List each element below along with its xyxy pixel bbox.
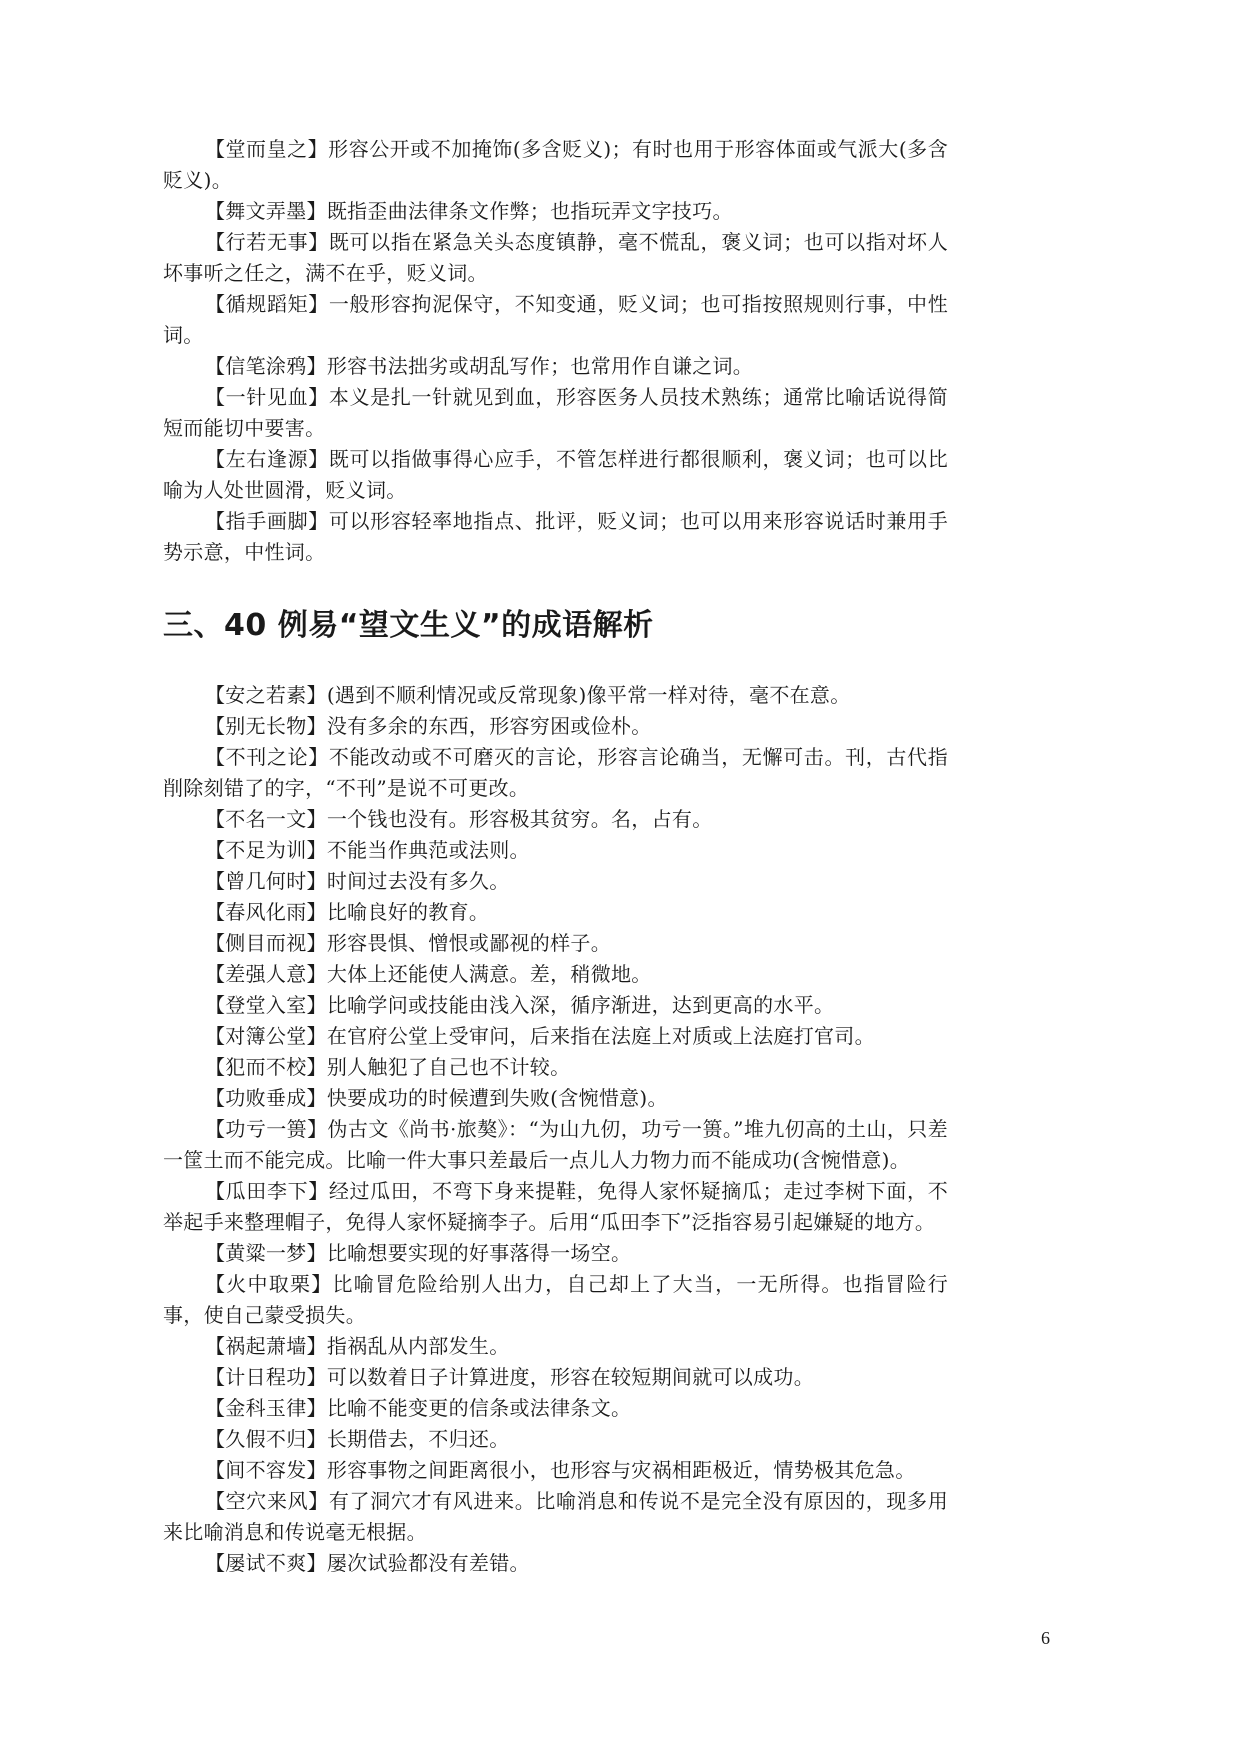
idiom-entry: 【久假不归】长期借去，不归还。 xyxy=(163,1424,948,1455)
idiom-entry: 【一针见血】本义是扎一针就见到血，形容医务人员技术熟练；通常比喻话说得简短而能切… xyxy=(163,382,948,444)
idiom-term: 【左右逢源】 xyxy=(205,447,329,471)
idiom-term: 【犯而不校】 xyxy=(205,1055,327,1079)
idiom-definition: 屡次试验都没有差错。 xyxy=(327,1551,530,1575)
idiom-term: 【黄粱一梦】 xyxy=(205,1241,327,1265)
idiom-term: 【不足为训】 xyxy=(205,838,327,862)
idiom-entry: 【火中取栗】比喻冒危险给别人出力，自己却上了大当，一无所得。也指冒险行事，使自己… xyxy=(163,1269,948,1331)
idiom-term: 【一针见血】 xyxy=(205,385,329,409)
idiom-definition: 形容畏惧、憎恨或鄙视的样子。 xyxy=(327,931,611,955)
idiom-definition: 既指歪曲法律条文作弊；也指玩弄文字技巧。 xyxy=(327,199,733,223)
idiom-definition: 形容书法拙劣或胡乱写作；也常用作自谦之词。 xyxy=(327,354,753,378)
idiom-definition: 比喻想要实现的好事落得一场空。 xyxy=(327,1241,632,1265)
idiom-definition: (遇到不顺利情况或反常现象)像平常一样对待，毫不在意。 xyxy=(327,683,851,707)
idiom-term: 【侧目而视】 xyxy=(205,931,327,955)
idiom-term: 【瓜田李下】 xyxy=(205,1179,329,1203)
idiom-entry: 【曾几何时】时间过去没有多久。 xyxy=(163,866,948,897)
idiom-definition: 不能当作典范或法则。 xyxy=(327,838,530,862)
idiom-term: 【舞文弄墨】 xyxy=(205,199,327,223)
idiom-term: 【功亏一篑】 xyxy=(205,1117,328,1141)
section-three-heading: 三、40 例易“望文生义”的成语解析 xyxy=(163,606,948,646)
idiom-term: 【堂而皇之】 xyxy=(205,137,328,161)
idiom-term: 【安之若素】 xyxy=(205,683,327,707)
idiom-term: 【间不容发】 xyxy=(205,1458,327,1482)
idiom-definition: 大体上还能使人满意。差，稍微地。 xyxy=(327,962,652,986)
idiom-entry: 【金科玉律】比喻不能变更的信条或法律条文。 xyxy=(163,1393,948,1424)
idiom-entry: 【功亏一篑】伪古文《尚书·旅獒》：“为山九仞，功亏一篑。”堆九仞高的土山，只差一… xyxy=(163,1114,948,1176)
section-three-entries: 【安之若素】(遇到不顺利情况或反常现象)像平常一样对待，毫不在意。【别无长物】没… xyxy=(163,680,948,1579)
idiom-entry: 【不足为训】不能当作典范或法则。 xyxy=(163,835,948,866)
idiom-definition: 形容事物之间距离很小，也形容与灾祸相距极近，情势极其危急。 xyxy=(327,1458,916,1482)
idiom-term: 【曾几何时】 xyxy=(205,869,327,893)
page-number: 6 xyxy=(1041,1628,1050,1649)
idiom-entry: 【犯而不校】别人触犯了自己也不计较。 xyxy=(163,1052,948,1083)
idiom-term: 【指手画脚】 xyxy=(205,509,329,533)
idiom-entry: 【信笔涂鸦】形容书法拙劣或胡乱写作；也常用作自谦之词。 xyxy=(163,351,948,382)
idiom-term: 【空穴来风】 xyxy=(205,1489,329,1513)
idiom-entry: 【黄粱一梦】比喻想要实现的好事落得一场空。 xyxy=(163,1238,948,1269)
section-two-entries: 【堂而皇之】形容公开或不加掩饰(多含贬义)；有时也用于形容体面或气派大(多含贬义… xyxy=(163,134,948,568)
idiom-definition: 指祸乱从内部发生。 xyxy=(327,1334,510,1358)
idiom-definition: 快要成功的时候遭到失败(含惋惜意)。 xyxy=(327,1086,668,1110)
idiom-definition: 在官府公堂上受审问，后来指在法庭上对质或上法庭打官司。 xyxy=(327,1024,875,1048)
idiom-term: 【金科玉律】 xyxy=(205,1396,327,1420)
idiom-entry: 【春风化雨】比喻良好的教育。 xyxy=(163,897,948,928)
idiom-entry: 【不名一文】一个钱也没有。形容极其贫穷。名，占有。 xyxy=(163,804,948,835)
idiom-definition: 比喻良好的教育。 xyxy=(327,900,489,924)
idiom-entry: 【舞文弄墨】既指歪曲法律条文作弊；也指玩弄文字技巧。 xyxy=(163,196,948,227)
idiom-entry: 【堂而皇之】形容公开或不加掩饰(多含贬义)；有时也用于形容体面或气派大(多含贬义… xyxy=(163,134,948,196)
idiom-term: 【行若无事】 xyxy=(205,230,329,254)
idiom-term: 【功败垂成】 xyxy=(205,1086,327,1110)
idiom-entry: 【安之若素】(遇到不顺利情况或反常现象)像平常一样对待，毫不在意。 xyxy=(163,680,948,711)
idiom-entry: 【祸起萧墙】指祸乱从内部发生。 xyxy=(163,1331,948,1362)
idiom-term: 【别无长物】 xyxy=(205,714,327,738)
idiom-term: 【差强人意】 xyxy=(205,962,327,986)
idiom-term: 【不刊之论】 xyxy=(205,745,329,769)
idiom-term: 【祸起萧墙】 xyxy=(205,1334,327,1358)
idiom-definition: 比喻学问或技能由浅入深，循序渐进，达到更高的水平。 xyxy=(327,993,835,1017)
idiom-entry: 【指手画脚】可以形容轻率地指点、批评，贬义词；也可以用来形容说话时兼用手势示意，… xyxy=(163,506,948,568)
idiom-definition: 长期借去，不归还。 xyxy=(327,1427,510,1451)
idiom-definition: 一个钱也没有。形容极其贫穷。名，占有。 xyxy=(327,807,713,831)
idiom-entry: 【间不容发】形容事物之间距离很小，也形容与灾祸相距极近，情势极其危急。 xyxy=(163,1455,948,1486)
idiom-entry: 【行若无事】既可以指在紧急关头态度镇静，毫不慌乱，褒义词；也可以指对坏人坏事听之… xyxy=(163,227,948,289)
idiom-term: 【对簿公堂】 xyxy=(205,1024,327,1048)
document-page: 【堂而皇之】形容公开或不加掩饰(多含贬义)；有时也用于形容体面或气派大(多含贬义… xyxy=(163,134,948,1579)
idiom-term: 【不名一文】 xyxy=(205,807,327,831)
idiom-term: 【信笔涂鸦】 xyxy=(205,354,327,378)
idiom-definition: 比喻不能变更的信条或法律条文。 xyxy=(327,1396,632,1420)
idiom-term: 【火中取栗】 xyxy=(205,1272,333,1296)
idiom-definition: 时间过去没有多久。 xyxy=(327,869,510,893)
idiom-entry: 【功败垂成】快要成功的时候遭到失败(含惋惜意)。 xyxy=(163,1083,948,1114)
idiom-term: 【登堂入室】 xyxy=(205,993,327,1017)
idiom-entry: 【循规蹈矩】一般形容拘泥保守，不知变通，贬义词；也可指按照规则行事，中性词。 xyxy=(163,289,948,351)
idiom-definition: 可以数着日子计算进度，形容在较短期间就可以成功。 xyxy=(327,1365,814,1389)
idiom-entry: 【别无长物】没有多余的东西，形容穷困或俭朴。 xyxy=(163,711,948,742)
idiom-entry: 【计日程功】可以数着日子计算进度，形容在较短期间就可以成功。 xyxy=(163,1362,948,1393)
idiom-term: 【春风化雨】 xyxy=(205,900,327,924)
idiom-entry: 【对簿公堂】在官府公堂上受审问，后来指在法庭上对质或上法庭打官司。 xyxy=(163,1021,948,1052)
idiom-term: 【久假不归】 xyxy=(205,1427,327,1451)
idiom-term: 【计日程功】 xyxy=(205,1365,327,1389)
idiom-entry: 【登堂入室】比喻学问或技能由浅入深，循序渐进，达到更高的水平。 xyxy=(163,990,948,1021)
idiom-entry: 【空穴来风】有了洞穴才有风进来。比喻消息和传说不是完全没有原因的，现多用来比喻消… xyxy=(163,1486,948,1548)
idiom-entry: 【左右逢源】既可以指做事得心应手，不管怎样进行都很顺利，褒义词；也可以比喻为人处… xyxy=(163,444,948,506)
idiom-entry: 【侧目而视】形容畏惧、憎恨或鄙视的样子。 xyxy=(163,928,948,959)
idiom-term: 【屡试不爽】 xyxy=(205,1551,327,1575)
idiom-entry: 【差强人意】大体上还能使人满意。差，稍微地。 xyxy=(163,959,948,990)
idiom-entry: 【不刊之论】不能改动或不可磨灭的言论，形容言论确当，无懈可击。刊，古代指削除刻错… xyxy=(163,742,948,804)
idiom-entry: 【瓜田李下】经过瓜田，不弯下身来提鞋，免得人家怀疑摘瓜；走过李树下面，不举起手来… xyxy=(163,1176,948,1238)
idiom-definition: 没有多余的东西，形容穷困或俭朴。 xyxy=(327,714,652,738)
idiom-term: 【循规蹈矩】 xyxy=(205,292,329,316)
idiom-definition: 别人触犯了自己也不计较。 xyxy=(327,1055,571,1079)
idiom-entry: 【屡试不爽】屡次试验都没有差错。 xyxy=(163,1548,948,1579)
